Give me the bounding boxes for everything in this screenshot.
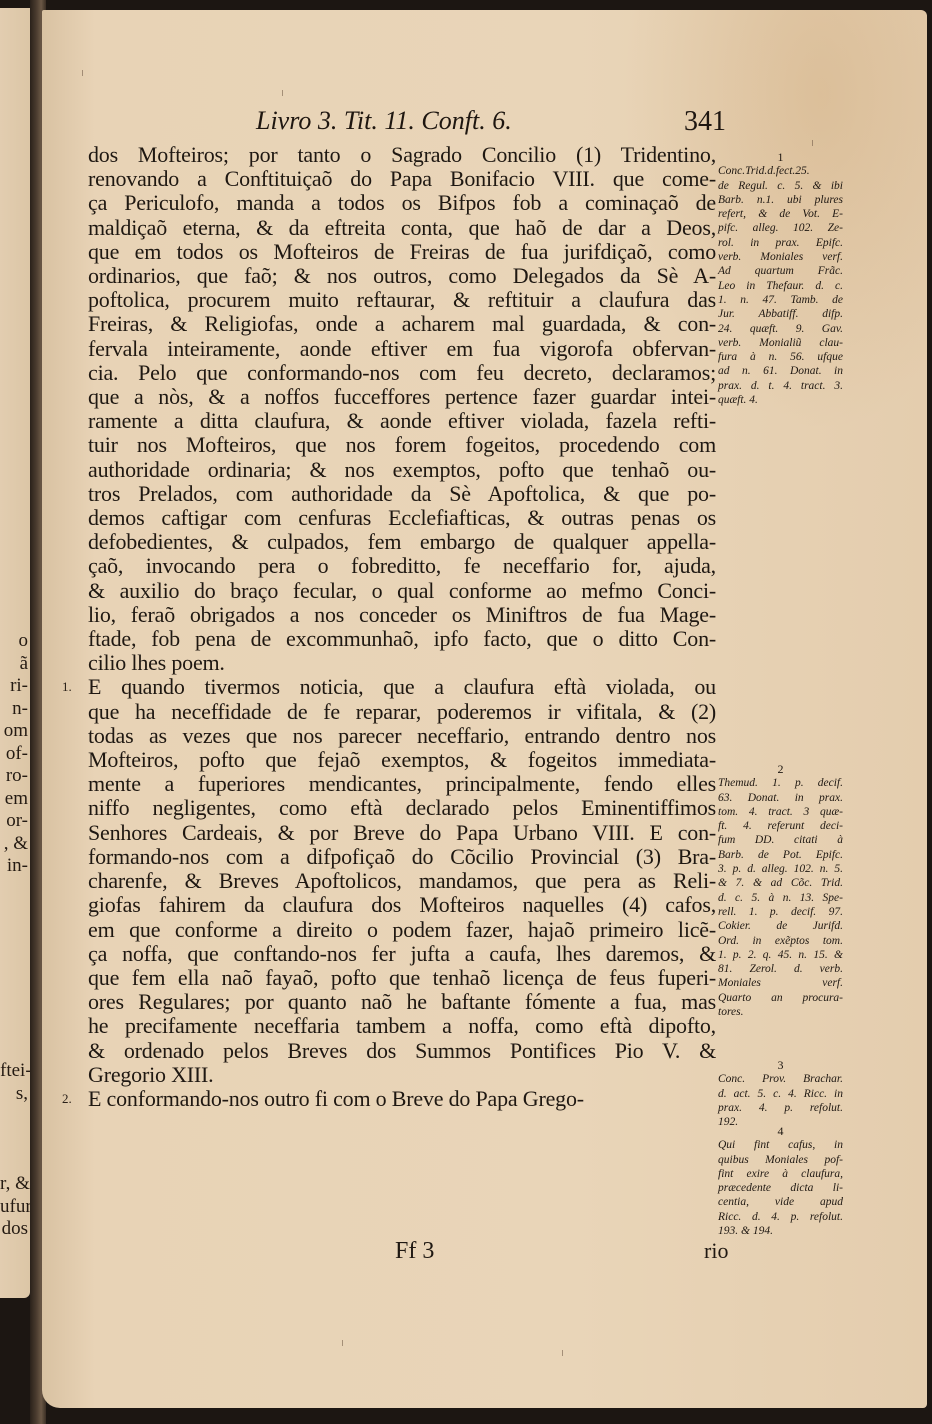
text-line: quæft. 4. — [718, 393, 843, 407]
text-line: ramente a ditta claufura, & aonde eftive… — [88, 409, 716, 433]
text-line: Barb. n.1. ubi plures — [718, 193, 843, 207]
text-line: cia. Pelo que conformando-nos com feu de… — [88, 361, 716, 385]
text-line: rell. 1. p. decif. 97. — [718, 905, 843, 919]
marginal-note-2: 2Themud. 1. p. decif.63. Donat. in prax.… — [718, 762, 843, 1019]
text-line: refert, & de Vot. E- — [718, 207, 843, 221]
text-line: 3. p. d. alleg. 102. n. 5. — [718, 862, 843, 876]
previous-page-edge: oãri-n-omof-ro-emor-, &in- ftei-s, r, &u… — [0, 8, 30, 1298]
previous-page-margin-block-3: r, &ufurados — [0, 1173, 30, 1241]
text-line: 193. & 194. — [718, 1224, 843, 1238]
text-line: tom. 4. tract. 3 quæ- — [718, 805, 843, 819]
marginal-note-1: 1Conc.Trid.d.fect.25.de Regul. c. 5. & i… — [718, 150, 843, 407]
text-line: de Regul. c. 5. & ibi — [718, 179, 843, 193]
text-line: que a nòs, & a noffos fucceffores perten… — [88, 385, 716, 409]
catchword: rio — [704, 1238, 728, 1264]
text-line: mente a fuperiores mendicantes, principa… — [88, 772, 716, 796]
text-line: Quarto an procura- — [718, 991, 843, 1005]
text-line: E conformando-nos outro fi com o Breve d… — [88, 1087, 716, 1111]
paragraph-1: 1. E quando tivermos noticia, que a clau… — [88, 675, 716, 1086]
text-line: 1. p. 2. q. 45. n. 15. & — [718, 948, 843, 962]
running-head: Livro 3. Tit. 11. Conft. 6. 341 — [256, 106, 726, 140]
text-line: fervala inteiramente, aonde eftiver em f… — [88, 337, 716, 361]
text-line: Conc.Trid.d.fect.25. — [718, 164, 843, 178]
text-line: ores Regulares; por quanto naõ he baftan… — [88, 990, 716, 1014]
text-line: que em todos os Mofteiros de Freiras de … — [88, 240, 716, 264]
paragraph-marker: 2. — [62, 1087, 72, 1111]
previous-page-text-fragment: ã — [0, 653, 30, 676]
text-line: Cokier. de Jurifd. — [718, 919, 843, 933]
text-line: cilio lhes poem. — [88, 651, 716, 675]
text-line: ft. 4. referunt deci- — [718, 819, 843, 833]
text-line: rol. in prax. Epifc. — [718, 236, 843, 250]
previous-page-text-fragment: em — [0, 788, 30, 811]
paragraph-marker: 1. — [62, 675, 72, 699]
text-line: poftolica, procurem muito reftaurar, & r… — [88, 288, 716, 312]
text-line: em que conforme a direito o podem fazer,… — [88, 918, 716, 942]
text-line: Freiras, & Religiofas, onde a acharem ma… — [88, 312, 716, 336]
text-line: Gregorio XIII. — [88, 1063, 716, 1087]
text-line: & auxilio do braço fecular, o qual confo… — [88, 579, 716, 603]
text-line: formando-nos com a difpofiçaõ do Cõcilio… — [88, 845, 716, 869]
text-line: todas as vezes que nos parecer neceffari… — [88, 724, 716, 748]
note-number: 4 — [718, 1124, 843, 1138]
text-line: fura à n. 56. ufque — [718, 350, 843, 364]
text-line: d. act. 5. c. 4. Ricc. in — [718, 1087, 843, 1101]
text-line: ça Periculofo, manda a todos os Bifpos f… — [88, 191, 716, 215]
text-line: tores. — [718, 1005, 843, 1019]
text-line: Jur. Abbatiff. difp. — [718, 307, 843, 321]
text-line: quibus Moniales pof- — [718, 1153, 843, 1167]
text-line: authoridade ordinaria; & nos exemptos, p… — [88, 458, 716, 482]
previous-page-text-fragment: s, — [0, 1083, 30, 1106]
text-line: d. c. 5. à n. 13. Spe- — [718, 891, 843, 905]
text-line: Leo in Thefaur. d. c. — [718, 279, 843, 293]
previous-page-text-fragment: in- — [0, 855, 30, 878]
previous-page-text-fragment: r, & — [0, 1173, 30, 1196]
text-line: ordinarios, que faõ; & nos outros, como … — [88, 264, 716, 288]
text-line: Barb. de Pot. Epifc. — [718, 848, 843, 862]
text-line: fint exire à claufura, — [718, 1167, 843, 1181]
previous-page-text-fragment: , & — [0, 833, 30, 856]
text-line: E quando tivermos noticia, que a claufur… — [88, 675, 716, 699]
text-line: çaõ, invocando pera o fobreditto, fe nec… — [88, 554, 716, 578]
text-line: niffo negligentes, como eftà declarado p… — [88, 796, 716, 820]
text-line: 63. Donat. in prax. — [718, 791, 843, 805]
marginal-note-4: 4Qui fint cafus, inquibus Moniales pof-f… — [718, 1124, 843, 1238]
text-line: ftade, fob pena de excommunhaõ, ipfo fac… — [88, 627, 716, 651]
previous-page-text-fragment: ri- — [0, 675, 30, 698]
text-line: Ricc. d. 4. p. refolut. — [718, 1210, 843, 1224]
text-line: lio, feraõ obrigados a nos conceder os M… — [88, 603, 716, 627]
previous-page-text-fragment: or- — [0, 810, 30, 833]
text-line: & ordenado pelos Breves dos Summos Ponti… — [88, 1039, 716, 1063]
text-line: Themud. 1. p. decif. — [718, 776, 843, 790]
text-line: he precifamente neceffaria tambem a noff… — [88, 1014, 716, 1038]
paragraph-0: dos Mofteiros; por tanto o Sagrado Conci… — [88, 143, 716, 675]
page-number: 341 — [684, 106, 726, 138]
previous-page-text-fragment: ro- — [0, 765, 30, 788]
previous-page-text-fragment: dos — [0, 1218, 30, 1241]
text-line: 1. n. 47. Tamb. de — [718, 293, 843, 307]
text-line: Mofteiros, pofto que fejaõ exemptos, & f… — [88, 748, 716, 772]
previous-page-text-fragment: ftei- — [0, 1060, 30, 1083]
text-line: tuir nos Mofteiros, que nos forem fogeit… — [88, 433, 716, 457]
text-line: giofas fahirem da claufura dos Mofteiros… — [88, 893, 716, 917]
text-line: Conc. Prov. Brachar. — [718, 1072, 843, 1086]
main-text: dos Mofteiros; por tanto o Sagrado Conci… — [88, 143, 716, 1111]
note-number: 3 — [718, 1058, 843, 1072]
text-line: Qui fint cafus, in — [718, 1138, 843, 1152]
text-line: ça noffa, que conftando-nos fer jufta a … — [88, 942, 716, 966]
paragraph-2: 2. E conformando-nos outro fi com o Brev… — [88, 1087, 716, 1111]
previous-page-margin-block-1: oãri-n-omof-ro-emor-, &in- — [0, 630, 30, 878]
text-line: 24. quæft. 9. Gav. — [718, 322, 843, 336]
previous-page-text-fragment: ufura — [0, 1196, 30, 1219]
text-line: demos caftigar com cenfuras Ecclefiaftic… — [88, 506, 716, 530]
text-line: Ord. in exẽptos tom. — [718, 934, 843, 948]
text-line: prax. 4. p. refolut. — [718, 1101, 843, 1115]
text-line: centia, vide apud — [718, 1195, 843, 1209]
text-line: maldiçaõ eterna, & da eftreita conta, qu… — [88, 216, 716, 240]
running-head-title: Livro 3. Tit. 11. Conft. 6. — [256, 106, 512, 136]
text-line: Senhores Cardeais, & por Breve do Papa U… — [88, 821, 716, 845]
text-line: defobedientes, & culpados, fem embargo d… — [88, 530, 716, 554]
text-line: que fem ella naõ fayaõ, pofto que tenhaõ… — [88, 966, 716, 990]
text-line: Ad quartum Frãc. — [718, 264, 843, 278]
note-number: 1 — [718, 150, 843, 164]
previous-page-text-fragment: of- — [0, 743, 30, 766]
text-line: Moniales verf. — [718, 976, 843, 990]
text-line: præcedente dicta li- — [718, 1181, 843, 1195]
text-line: charenfe, & Breves Apoftolicos, mandamos… — [88, 869, 716, 893]
text-line: pifc. alleg. 102. Ze- — [718, 221, 843, 235]
text-line: verb. Monialiũ clau- — [718, 336, 843, 350]
previous-page-text-fragment: n- — [0, 698, 30, 721]
previous-page-margin-block-2: ftei-s, — [0, 1060, 30, 1105]
text-line: que ha neceffidade de fe reparar, podere… — [88, 700, 716, 724]
text-line: & 7. & ad Cõc. Trid. — [718, 876, 843, 890]
signature-mark: Ff 3 — [395, 1238, 434, 1265]
text-line: dos Mofteiros; por tanto o Sagrado Conci… — [88, 143, 716, 167]
previous-page-text-fragment: om — [0, 720, 30, 743]
text-line: tros Prelados, com authoridade da Sè Apo… — [88, 482, 716, 506]
text-line: renovando a Conftituiçaõ do Papa Bonifac… — [88, 167, 716, 191]
text-line: ad n. 61. Donat. in — [718, 364, 843, 378]
text-line: verb. Moniales verf. — [718, 250, 843, 264]
marginal-note-3: 3Conc. Prov. Brachar.d. act. 5. c. 4. Ri… — [718, 1058, 843, 1129]
text-line: fum DD. citati à — [718, 833, 843, 847]
text-line: prax. d. t. 4. tract. 3. — [718, 379, 843, 393]
note-number: 2 — [718, 762, 843, 776]
previous-page-text-fragment: o — [0, 630, 30, 653]
text-line: 81. Zerol. d. verb. — [718, 962, 843, 976]
